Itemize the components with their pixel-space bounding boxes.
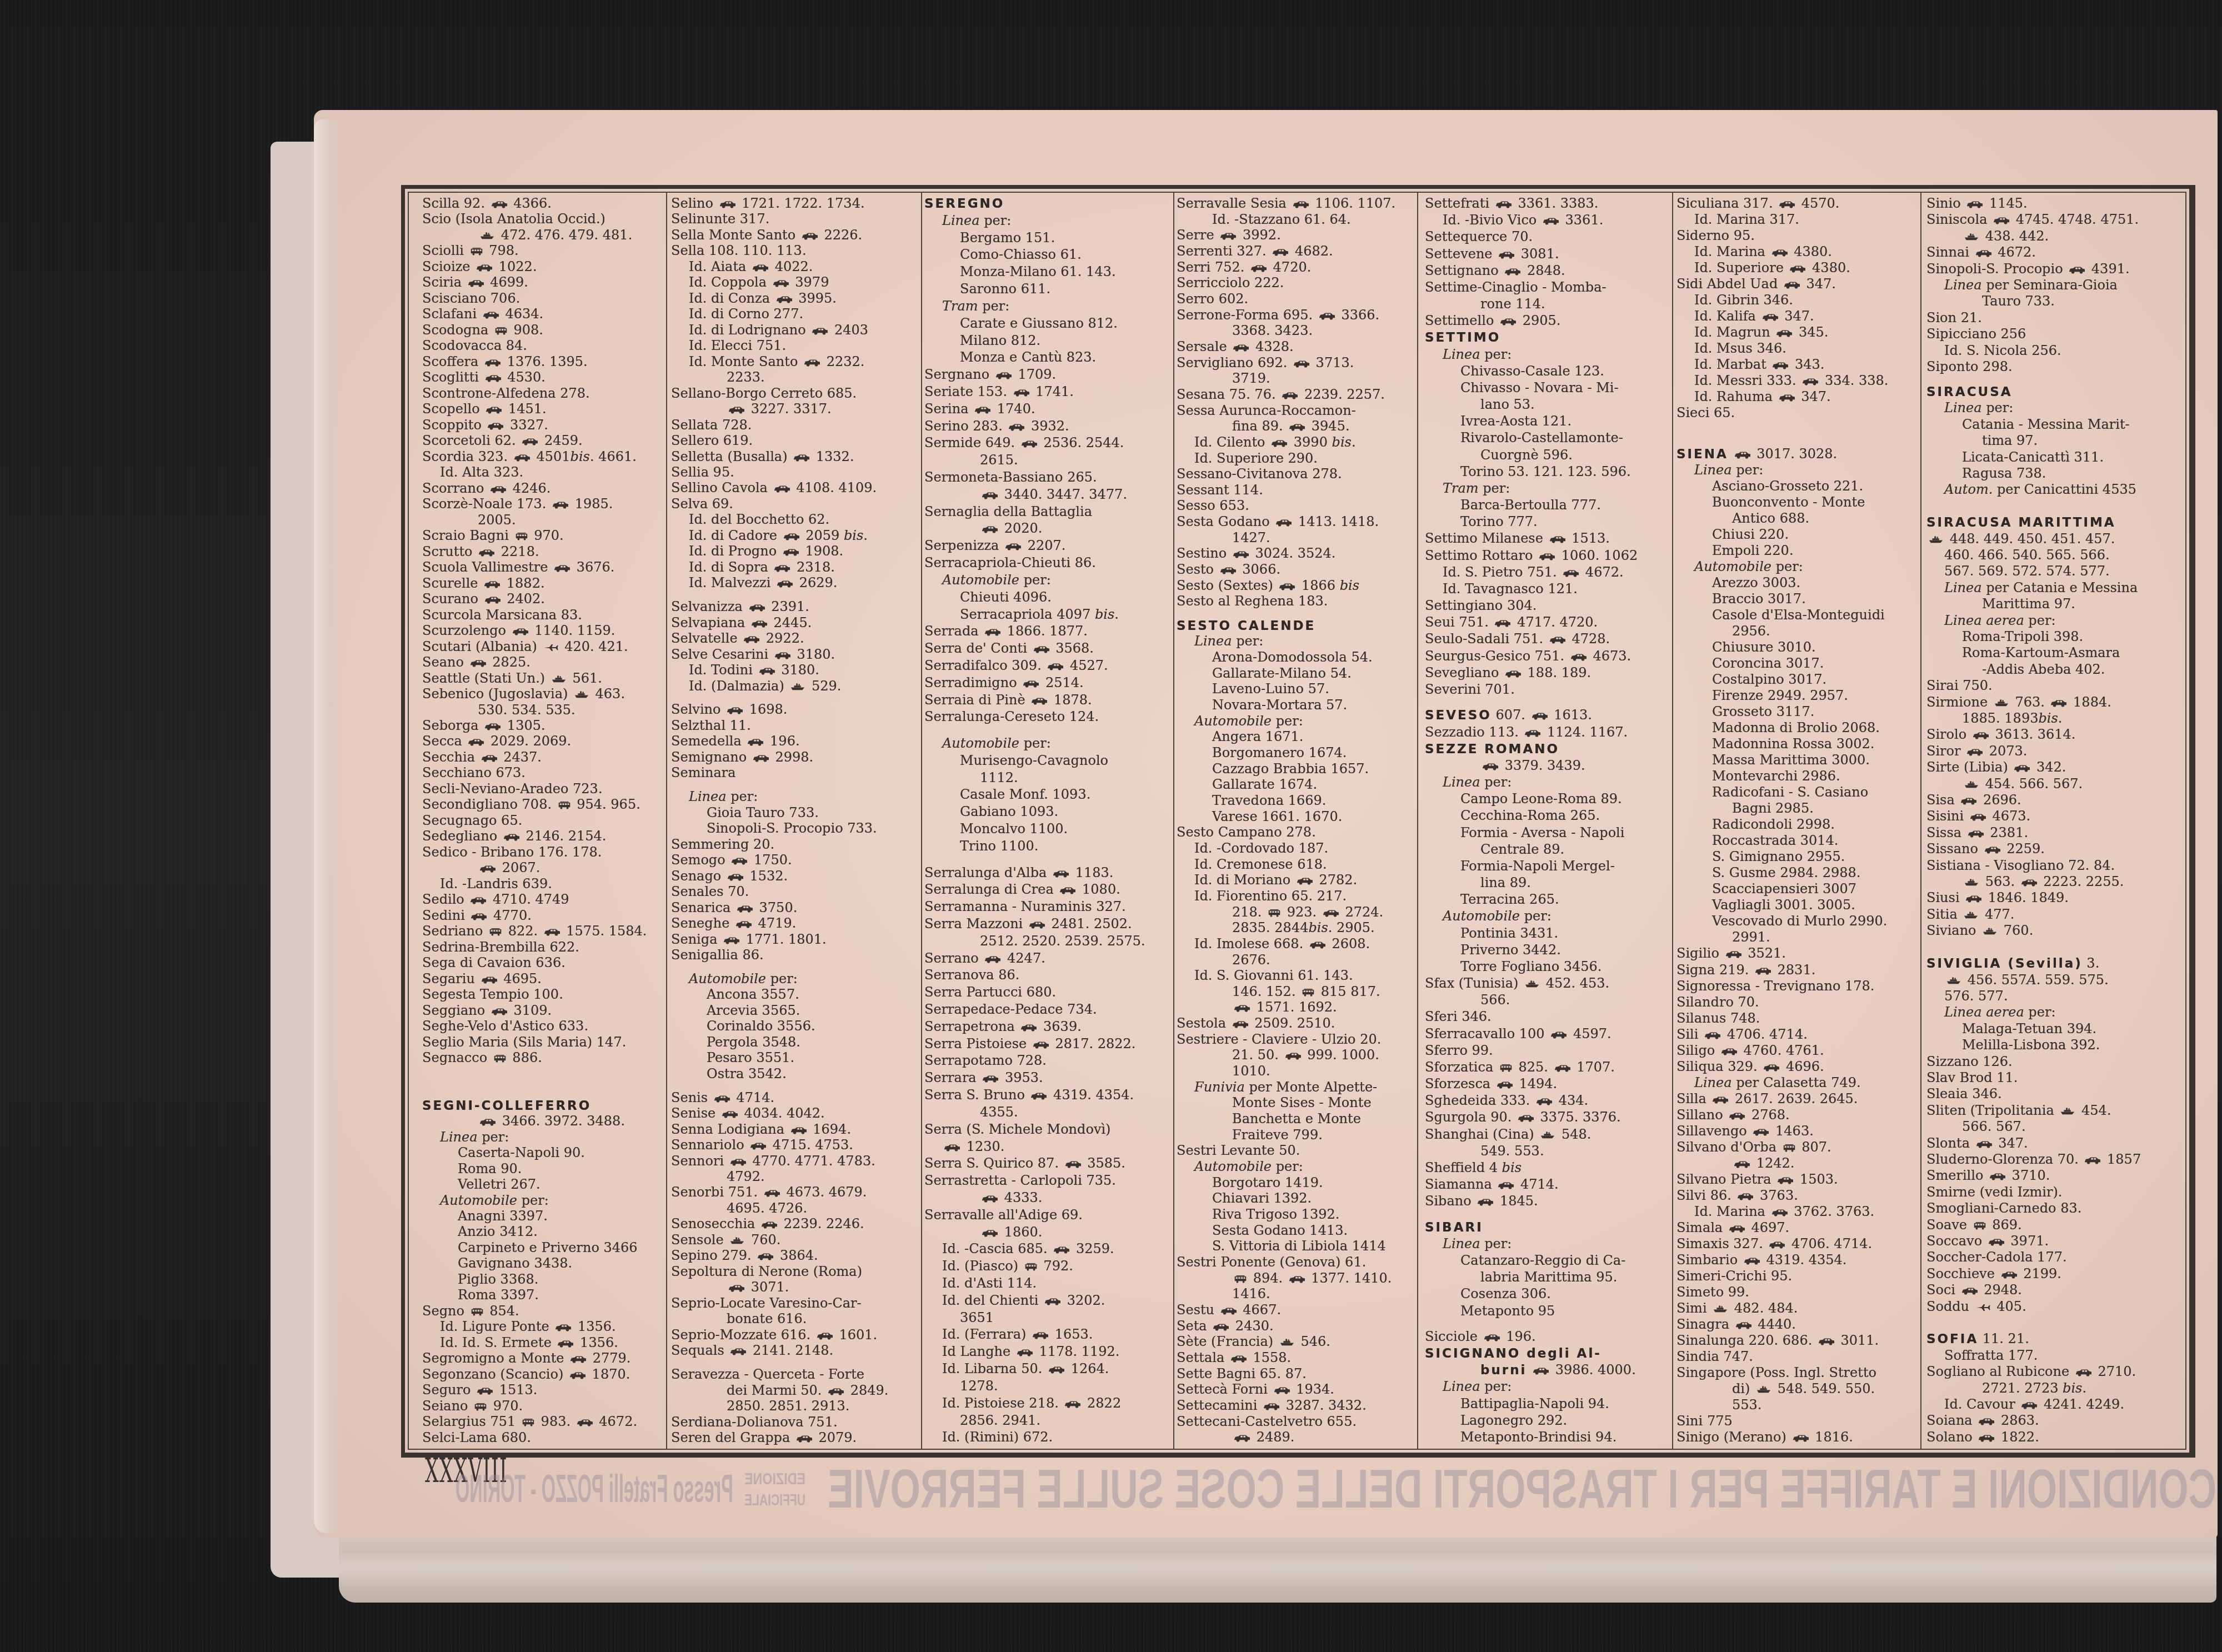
bus-icon [752, 264, 769, 272]
index-subentry: 3379. 3439. [1425, 758, 1669, 773]
index-subentry: Campo Leone-Roma 89. [1425, 791, 1669, 807]
tram-icon [474, 1403, 487, 1411]
ship-icon [551, 675, 567, 683]
bus-icon [487, 422, 504, 430]
ship-icon [574, 691, 589, 699]
index-subentry: Soffratta 177. [1926, 1348, 2185, 1363]
index-entry: Sillavengo 1463. [1676, 1123, 1919, 1139]
bus-icon [1250, 264, 1267, 272]
index-subentry: Licata-Canicattì 311. [1926, 449, 2185, 465]
index-subentry: Costalpino 3017. [1676, 672, 1919, 687]
section-heading: SIENA [1676, 447, 1728, 462]
bus-icon [817, 1332, 833, 1340]
index-entry: Silandro 70. [1676, 994, 1919, 1010]
ship-icon [1964, 879, 1979, 887]
index-subentry: 456. 557A. 559. 575. [1926, 972, 2185, 988]
bus-icon [743, 635, 760, 643]
spacer [1926, 1315, 2185, 1330]
index-subentry: Id. Cilento 3990 bis. [1177, 434, 1415, 450]
section-heading-entry: SETTIMO [1425, 329, 1669, 345]
index-entry: Semedella 196. [671, 733, 919, 749]
index-subentry: Id. (Ferrara) 1653. [924, 1326, 1171, 1342]
index-entry: Sizzano 126. [1926, 1054, 2185, 1069]
bus-icon [1220, 1307, 1237, 1315]
bus-icon [481, 976, 498, 984]
index-entry: Semogo 1750. [671, 852, 919, 868]
index-entry: Sferracavallo 100 4597. [1425, 1026, 1669, 1042]
bus-icon [802, 232, 818, 240]
index-entry: Sieci 65. [1676, 405, 1919, 420]
index-entry: Seprio-Locate Varesino-Car- [671, 1295, 919, 1311]
bus-icon [1988, 1238, 2005, 1246]
index-entry: Sedegliano 2146. 2154. [422, 828, 663, 844]
bus-icon [1978, 1434, 1995, 1442]
index-subentry: Chivasso - Novara - Mi- [1425, 380, 1669, 396]
tram-icon [1302, 989, 1315, 997]
index-entry: Sennariolo 4715. 4753. [671, 1137, 919, 1153]
index-subentry: 1860. [924, 1224, 1171, 1240]
ship-icon [1964, 781, 1979, 789]
spacer [671, 591, 919, 599]
index-entry: Seui 751. 4717. 4720. [1425, 614, 1669, 630]
bleedthrough-edition-bottom: UFFICIALE [744, 1491, 805, 1509]
bus-icon [512, 628, 529, 635]
index-subentry: Id. S. Pietro 751. 4672. [1425, 564, 1669, 580]
bus-icon [723, 937, 740, 944]
index-subentry: Id. Tavagnasco 121. [1425, 581, 1669, 597]
bus-icon [984, 628, 1001, 636]
index-entry: Soccavo 3971. [1926, 1233, 2185, 1249]
bus-icon [1477, 1198, 1494, 1206]
index-entry: Silanus 748. [1676, 1010, 1919, 1026]
index-entry: Scoppito 3327. [422, 417, 663, 433]
bus-icon [1279, 583, 1295, 590]
index-entry: Sellia 95. [671, 464, 919, 480]
index-entry: Servigliano 692. 3713. [1177, 355, 1415, 371]
index-subentry: Id. Pistoiese 218. 2822 [924, 1395, 1171, 1411]
bus-icon [1960, 797, 1977, 805]
bus-icon [1053, 1246, 1070, 1254]
index-entry: Settecani-Castelvetro 655. [1177, 1414, 1415, 1429]
bus-icon [1989, 1173, 2006, 1180]
bus-icon [944, 1144, 960, 1152]
index-entry: Scurcola Marsicana 83. [422, 607, 663, 623]
index-subentry: Carpineto e Priverno 3466 [422, 1240, 663, 1255]
index-subentry: 2233. [671, 369, 919, 385]
bus-icon [1777, 1177, 1794, 1184]
bus-icon [1737, 1193, 1754, 1200]
bus-icon [714, 1095, 730, 1103]
bus-icon [1233, 550, 1249, 558]
index-entry: Serrano 4247. [924, 950, 1171, 966]
bus-icon [522, 438, 538, 445]
index-entry: Sirai 750. [1926, 678, 2185, 693]
bus-icon [1734, 451, 1751, 459]
index-subentry: Metaponto 95 [1425, 1303, 1669, 1319]
index-subentry: Saronno 611. [924, 281, 1171, 297]
bus-icon [1289, 423, 1305, 431]
bus-icon [1005, 543, 1022, 550]
index-subentry: Linea per: [671, 789, 919, 804]
index-subentry: Radicofani - S. Casiano [1676, 784, 1919, 800]
index-entry: Sogliano al Rubicone 2710. [1926, 1364, 2185, 1379]
section-heading: SIRACUSA MARITTIMA [1926, 515, 2116, 530]
bus-icon [491, 1008, 508, 1015]
index-subentry: Marittima 97. [1926, 596, 2185, 612]
section-heading: SESTO CALENDE [1177, 619, 1315, 633]
spacer [1676, 437, 1919, 445]
index-entry: Scoglitti 4530. [422, 369, 663, 385]
index-subentry: Id. Monte Santo 2232. [671, 354, 919, 369]
index-entry: Senigallia 86. [671, 947, 919, 963]
index-entry: Scurano 2402. [422, 591, 663, 607]
section-heading: SEREGNO [924, 197, 1004, 211]
section-heading-entry: SEVESO 607. 1613. [1425, 707, 1669, 723]
index-subentry: Cosenza 306. [1425, 1286, 1669, 1301]
bus-icon [773, 279, 789, 287]
bus-icon [1271, 439, 1288, 447]
ship-icon [1524, 980, 1540, 988]
bus-icon [481, 754, 498, 762]
index-subentry: 4333. [924, 1190, 1171, 1205]
index-subentry: Automobile per: [1676, 559, 1919, 574]
index-entry: Sestriere - Claviere - Ulzio 20. [1177, 1032, 1415, 1047]
index-subentry: Id. (Rimini) 672. [924, 1429, 1171, 1445]
index-entry: Sedico - Bribano 176. 178. [422, 844, 663, 860]
mode-label: Funivia [1194, 1079, 1245, 1095]
bus-icon [982, 492, 998, 499]
bus-icon [1020, 1024, 1037, 1032]
ship-icon [790, 683, 805, 691]
index-entry: Sliten (Tripolitania 454. [1926, 1103, 2185, 1118]
index-subentry: Murisengo-Cavagnolo [924, 753, 1171, 768]
bus-icon [552, 501, 569, 509]
index-subentry: 2991. [1676, 929, 1919, 945]
index-subentry: Coroncina 3017. [1676, 655, 1919, 671]
bus-icon [774, 652, 791, 659]
index-entry: Smirne (vedi Izmir). [1926, 1184, 2185, 1200]
index-subentry: Gavignano 3438. [422, 1255, 663, 1271]
bus-icon [490, 485, 507, 493]
mode-label: Tram [1443, 480, 1479, 496]
bus-icon [554, 564, 570, 572]
index-subentry: 1010. [1177, 1063, 1415, 1079]
index-subentry: Torre Fogliano 3456. [1425, 959, 1669, 974]
mode-label: Automobile [1194, 713, 1272, 729]
bus-icon [793, 454, 810, 462]
index-subentry: Id. di Conza 3995. [671, 291, 919, 306]
index-entry: Sesana 75. 76. 2239. 2257. [1177, 387, 1415, 402]
index-entry: Sforzatica 825. 1707. [1425, 1059, 1669, 1075]
bus-icon [1570, 653, 1587, 661]
index-subentry: Fraiteve 799. [1177, 1127, 1415, 1143]
index-entry: Settimello 2905. [1425, 313, 1669, 328]
index-subentry: Novara-Mortara 57. [1177, 697, 1415, 713]
index-entry: Scisciano 706. [422, 291, 663, 306]
bus-icon [1008, 423, 1025, 431]
index-subentry: Caserta-Napoli 90. [422, 1145, 663, 1160]
index-entry: Selletta (Busalla) 1332. [671, 449, 919, 464]
tram-icon [494, 327, 508, 335]
index-subentry: Roccastrada 3014. [1676, 833, 1919, 848]
index-entry: Siculiana 317. 4570. [1676, 196, 1919, 211]
bus-icon [1272, 248, 1289, 256]
index-subentry: 2005. [422, 512, 663, 528]
ship-icon [1928, 536, 1944, 544]
index-subentry: 1885. 1893bis. [1926, 710, 2185, 726]
index-entry: Serrapotamo 728. [924, 1053, 1171, 1068]
bus-icon [1725, 950, 1742, 958]
bus-icon [1970, 813, 1986, 821]
bus-icon [1032, 1331, 1049, 1339]
index-entry: Scorrano 4246. [422, 480, 663, 496]
index-entry: Serra S. Bruno 4319. 4354. [924, 1087, 1171, 1103]
index-entry: Shanghai (Cina) 548. [1425, 1127, 1669, 1142]
index-subentry: Empoli 220. [1676, 543, 1919, 558]
tram-icon [1268, 909, 1281, 917]
index-entry: Scordia 323. 4501bis. 4661. [422, 449, 663, 464]
index-entry: Serrone-Forma 695. 3366. [1177, 307, 1415, 323]
index-entry: Sesta Godano 1413. 1418. [1177, 514, 1415, 529]
index-entry: Sissa 2381. [1926, 825, 2185, 840]
index-subentry: 530. 534. 535. [422, 702, 663, 718]
index-subentry: Gallarate-Milano 54. [1177, 665, 1415, 681]
section-heading: SOFIA [1926, 1332, 1978, 1346]
index-entry: Serranova 86. [924, 967, 1171, 983]
section-heading-entry: SICIGNANO degli Al- [1425, 1345, 1669, 1361]
section-heading-entry: SIRACUSA [1926, 384, 2185, 399]
spacer [1177, 609, 1415, 617]
bus-icon [735, 920, 752, 928]
index-subentry: Automobile per: [924, 572, 1171, 588]
index-entry: Sezzadio 113. 1124. 1167. [1425, 724, 1669, 740]
airplane-icon [1975, 1304, 1991, 1311]
bleedthrough-edition-top: EDIZIONE [744, 1470, 805, 1488]
bus-icon [1021, 440, 1038, 448]
index-subentry: Id. del Chienti 3202. [924, 1293, 1171, 1308]
index-entry: Segonzano (Scancio) 1870. [422, 1366, 663, 1382]
index-entry: Scuola Vallimestre 3676. [422, 559, 663, 575]
spacer [1926, 498, 2185, 514]
index-subentry: 553. [1676, 1397, 1919, 1413]
index-entry: Serra de' Conti 3568. [924, 640, 1171, 656]
ship-icon [1964, 233, 1979, 241]
index-subentry: Id. Marina 3762. 3763. [1676, 1204, 1919, 1219]
index-entry: Sessant 114. [1177, 482, 1415, 498]
bus-icon [1505, 670, 1522, 678]
bus-icon [2001, 1271, 2018, 1279]
mode-label: Autom. [1944, 482, 1993, 497]
bus-icon [1013, 389, 1030, 397]
bus-icon [1532, 712, 1548, 720]
bus-icon [1275, 519, 1292, 527]
mode-label: bis [1340, 578, 1359, 593]
bus-icon [1549, 535, 1566, 543]
index-entry: Signa 219. 2831. [1676, 962, 1919, 978]
index-entry: Serre 3992. [1177, 227, 1415, 243]
ship-icon [1963, 912, 1979, 919]
index-subentry: Serracapriola 4097 bis. [924, 607, 1171, 622]
bus-icon [1771, 249, 1788, 257]
index-entry: Settimo Rottaro 1060. 1062 [1425, 548, 1669, 563]
index-entry: Simeto 99. [1676, 1284, 1919, 1300]
bus-icon [982, 1195, 998, 1203]
index-subentry: Id. Gibrin 346. [1676, 292, 1919, 308]
bus-icon [730, 1348, 747, 1355]
index-entry: Settecà Forni 1934. [1177, 1381, 1415, 1397]
index-entry: Sequals 2141. 2148. [671, 1343, 919, 1358]
bus-icon [2069, 266, 2085, 274]
bus-icon [995, 372, 1012, 379]
mode-label: Linea aerea [1944, 1004, 2024, 1020]
index-entry: Siamanna 4714. [1425, 1177, 1669, 1192]
tram-icon [470, 248, 483, 256]
mode-label: Automobile [942, 735, 1019, 751]
section-heading: SICIGNANO degli Al- [1425, 1346, 1602, 1361]
ship-icon [1279, 1339, 1295, 1346]
index-subentry: Angera 1671. [1177, 729, 1415, 744]
index-subentry: Id. Coppola 3979 [671, 274, 919, 290]
bus-icon [2021, 1401, 2038, 1409]
bus-icon [1498, 251, 1515, 259]
index-subentry: Chivasso-Casale 123. [1425, 363, 1669, 379]
mode-label: bis [1308, 920, 1328, 935]
bus-icon [1234, 1004, 1250, 1012]
bus-icon [1769, 1241, 1785, 1249]
index-subentry: Id. Aiata 4022. [671, 259, 919, 274]
index-subentry: Anagni 3397. [422, 1208, 663, 1224]
index-subentry: Montevarchi 2986. [1676, 768, 1919, 784]
index-entry: Sistiana - Visogliano 72. 84. [1926, 858, 2185, 873]
index-entry: Serrapedace-Pedace 734. [924, 1002, 1171, 1017]
index-subentry: Id. Messri 333. 334. 338. [1676, 373, 1919, 388]
index-subentry: Id. Magrun 345. [1676, 324, 1919, 340]
index-subentry: Linea per: [1177, 633, 1415, 649]
index-entry: Sevegliano 188. 189. [1425, 665, 1669, 680]
index-entry: Siniscola 4745. 4748. 4751. [1926, 212, 2185, 227]
section-heading: SEVESO [1425, 708, 1492, 723]
section-heading-entry: SEZZE ROMANO [1425, 741, 1669, 757]
index-subentry: Monza-Milano 61. 143. [924, 264, 1171, 279]
index-subentry: 4792. [671, 1169, 919, 1184]
mode-label: Linea [942, 213, 980, 228]
index-entry: Simala 4697. [1676, 1220, 1919, 1235]
index-subentry: 1571. 1692. [1177, 999, 1415, 1015]
index-entry: Sestino 3024. 3524. [1177, 545, 1415, 561]
bus-icon [1793, 1434, 1809, 1442]
index-entry: Severini 701. [1425, 682, 1669, 697]
index-subentry: 567. 569. 572. 574. 577. [1926, 563, 2185, 579]
index-column-4: Serravalle Sesia 1106. 1107.Id. -Stazzan… [1177, 196, 1415, 1445]
index-column-2: Selino 1721. 1722. 1734.Selinunte 317.Se… [671, 196, 919, 1445]
index-subentry: 21. 50. 999. 1000. [1177, 1047, 1415, 1063]
index-entry: Serralunga di Crea 1080. [924, 882, 1171, 897]
index-entry: Soiana 2863. [1926, 1413, 2185, 1428]
spacer [1425, 1210, 1669, 1218]
bus-icon [1539, 553, 1555, 560]
index-subentry: Madonna di Brolio 2068. [1676, 720, 1919, 735]
index-subentry: Id. di Progno 1908. [671, 543, 919, 559]
index-subentry: 2020. [924, 520, 1171, 536]
index-entry: Serrastretta - Carlopoli 735. [924, 1173, 1171, 1188]
index-entry: Sepoltura di Nerone (Roma) [671, 1264, 919, 1279]
index-entry: Sermoneta-Bassiano 265. [924, 469, 1171, 485]
tram-icon [471, 1308, 484, 1316]
index-entry: Segariu 4695. [422, 971, 663, 987]
mode-label: bis [2063, 1380, 2082, 1396]
index-entry: Scilla 92. 4366. [422, 196, 663, 211]
bus-icon [1263, 1403, 1280, 1410]
index-subentry: 2721. 2723 bis. [1926, 1380, 2185, 1396]
index-entry: Settecamini 3287. 3432. [1177, 1398, 1415, 1413]
index-entry: Sergnano 1709. [924, 367, 1171, 382]
bus-icon [774, 564, 790, 572]
bus-icon [1274, 1386, 1290, 1394]
bus-icon [1776, 329, 1793, 337]
ship-icon [479, 232, 495, 240]
index-entry: Sesso 653. [1177, 498, 1415, 513]
index-entry: Serralunga-Cereseto 124. [924, 709, 1171, 724]
mode-label: Automobile [689, 971, 766, 987]
index-subentry: 2512. 2520. 2539. 2575. [924, 933, 1171, 949]
index-entry: Scopello 1451. [422, 401, 663, 417]
index-entry: Selve Cesarini 3180. [671, 647, 919, 662]
index-entry: Simaxis 327. 4706. 4714. [1676, 1236, 1919, 1251]
index-subentry: Id. di Corno 277. [671, 306, 919, 322]
index-entry: Sète (Francia) 546. [1177, 1334, 1415, 1349]
section-heading-entry: burni 3986. 4000. [1425, 1362, 1669, 1378]
index-entry: Sesto 3066. [1177, 562, 1415, 577]
index-subentry: 4355. [924, 1104, 1171, 1120]
bus-icon [1712, 1096, 1729, 1104]
index-subentry: 566. [1425, 992, 1669, 1008]
bus-icon [783, 548, 799, 556]
bus-icon [1498, 1182, 1514, 1189]
index-entry: Seurgus-Gesico 751. 4673. [1425, 648, 1669, 664]
index-subentry: 2615. [924, 452, 1171, 468]
index-entry: Sedrina-Brembilla 622. [422, 939, 663, 955]
index-entry: Serraia di Pinè 1878. [924, 692, 1171, 708]
index-subentry: Trino 1100. [924, 838, 1171, 854]
spacer [671, 781, 919, 789]
index-entry: Sellero 619. [671, 433, 919, 448]
bus-icon [484, 723, 501, 730]
index-subentry: 438. 442. [1926, 228, 2185, 244]
index-entry: Soci 2948. [1926, 1282, 2185, 1298]
index-entry: Singapore (Poss. Ingl. Stretto [1676, 1365, 1919, 1380]
index-subentry: Id. S. Giovanni 61. 143. [1177, 968, 1415, 983]
index-subentry: S. Gusme 2984. 2988. [1676, 865, 1919, 880]
airplane-icon [543, 644, 559, 652]
mode-label: Automobile [1194, 1159, 1272, 1174]
mode-label: Linea aerea [1944, 613, 2024, 628]
index-subentry: Ostra 3542. [671, 1066, 919, 1082]
index-entry: Sebenico (Jugoslavia) 463. [422, 686, 663, 702]
bus-icon [1234, 1434, 1250, 1442]
index-entry: Seglio Maria (Sils Maria) 147. [422, 1034, 663, 1050]
mode-label: bis [1332, 434, 1352, 450]
index-entry: Sestri Ponente (Genova) 61. [1177, 1254, 1415, 1270]
index-entry: Simeri-Crichi 95. [1676, 1268, 1919, 1284]
index-entry: Seguro 1513. [422, 1382, 663, 1398]
mode-label: Automobile [440, 1193, 517, 1208]
index-entry: Sedilo 4710. 4749 [422, 892, 663, 907]
index-entry: Senarica 3750. [671, 900, 919, 915]
index-subentry: Roma 3397. [422, 1287, 663, 1303]
index-entry: Secchia 2437. [422, 749, 663, 765]
index-subentry: 549. 553. [1425, 1143, 1669, 1159]
index-subentry: 146. 152. 815 817. [1177, 984, 1415, 999]
